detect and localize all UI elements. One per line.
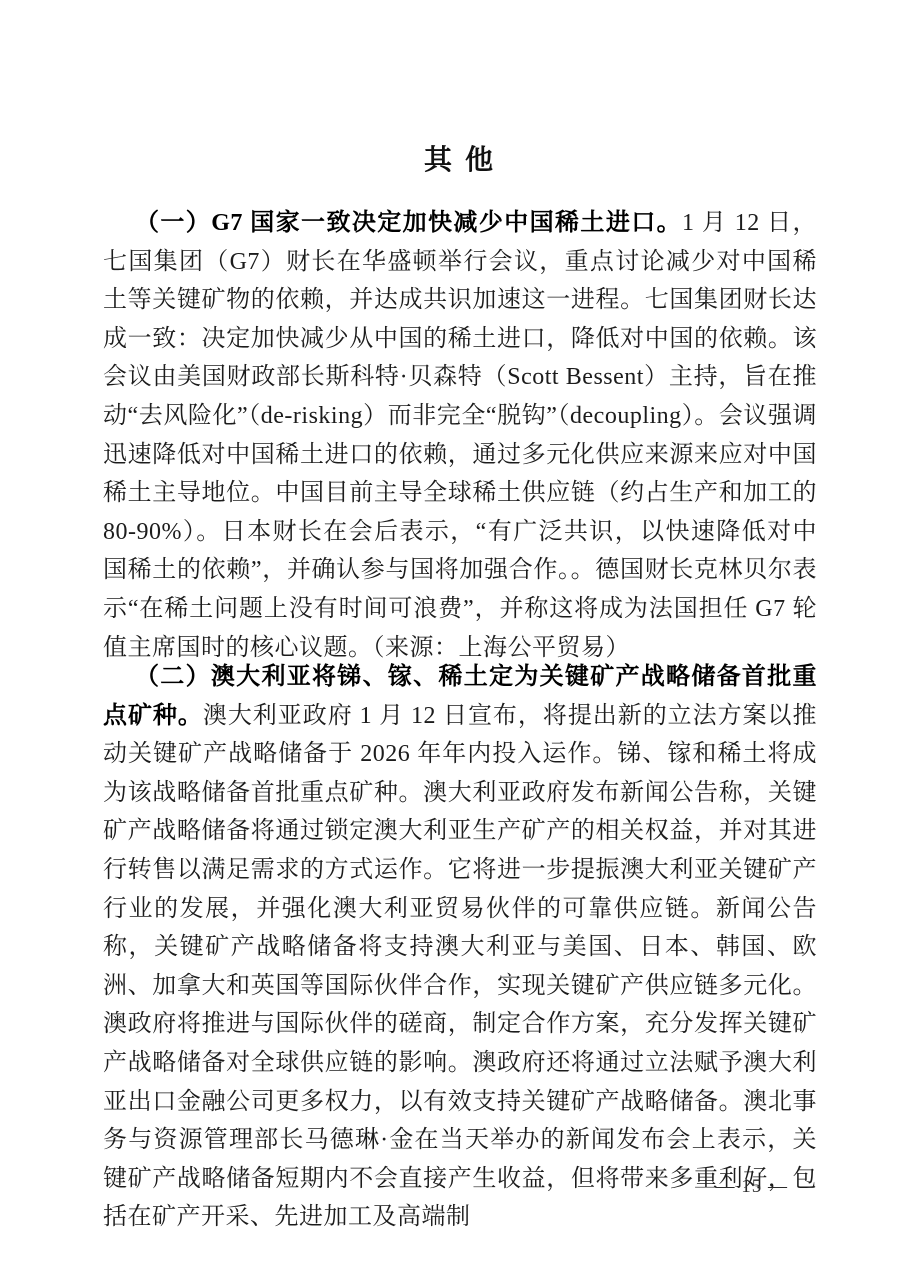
page-title: 其 他	[103, 138, 817, 178]
document-page: 其 他 （一）G7 国家一致决定加快减少中国稀土进口。1 月 12 日，七国集团…	[0, 0, 900, 1272]
paragraph-g7-body: 1 月 12 日，七国集团（G7）财长在华盛顿举行会议，重点讨论减少对中国稀土等…	[103, 210, 817, 661]
paragraph-g7-rare-earth: （一）G7 国家一致决定加快减少中国稀土进口。1 月 12 日，七国集团（G7）…	[103, 204, 817, 667]
paragraph-australia-reserve: （二）澳大利亚将锑、镓、稀土定为关键矿产战略储备首批重点矿种。澳大利亚政府 1 …	[103, 658, 817, 1237]
paragraph-g7-lead: （一）G7 国家一致决定加快减少中国稀土进口。	[135, 210, 682, 236]
page-number: — 15 —	[716, 1176, 789, 1198]
paragraph-australia-body: 澳大利亚政府 1 月 12 日宣布，将提出新的立法方案以推动关键矿产战略储备于 …	[103, 703, 817, 1231]
